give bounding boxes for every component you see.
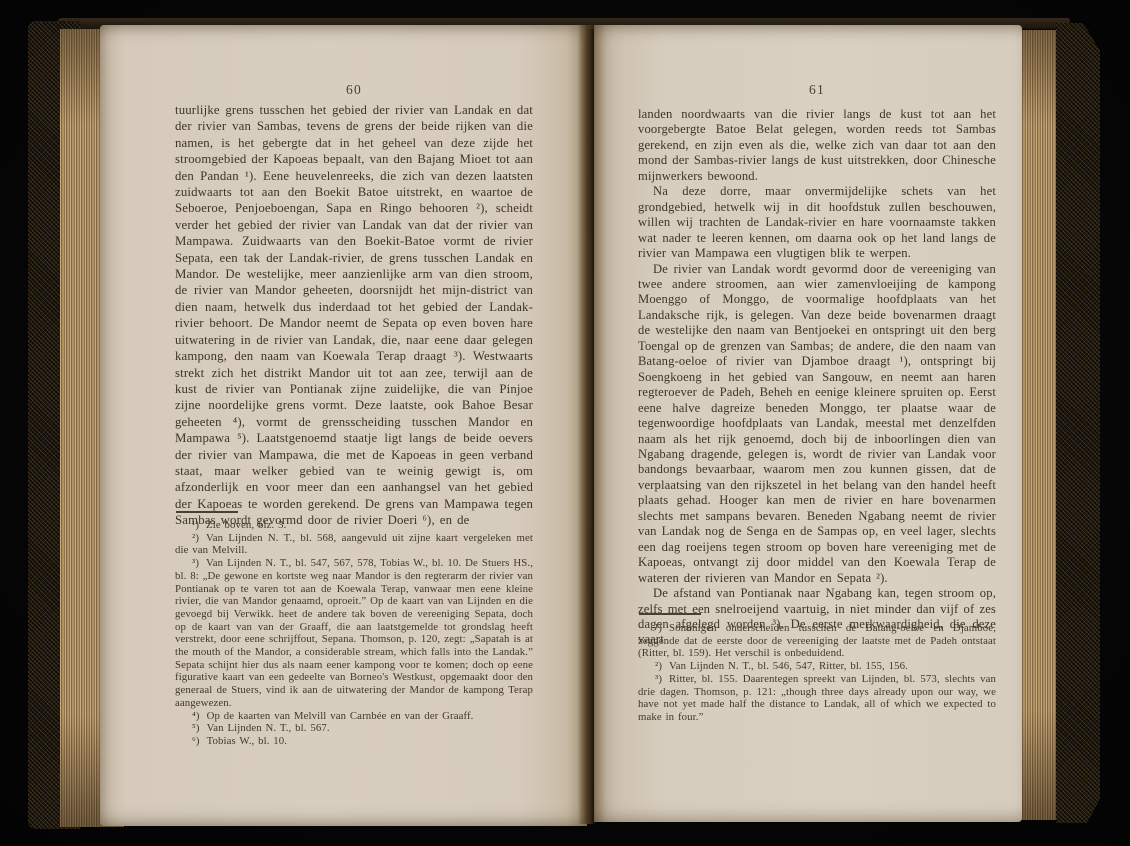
footnote-marker: ²) — [192, 532, 199, 544]
footnote-separator-rule — [639, 613, 701, 615]
page-61: 61 landen noordwaarts van die rivier lan… — [594, 25, 1022, 822]
footnote: ¹)Sommigen onderscheiden tusschen de Bat… — [638, 622, 996, 660]
footnote-text: Van Lijnden N. T., bl. 546, 547, Ritter,… — [669, 660, 908, 672]
footnote-text: Op de kaarten van Melvill van Carnbée en… — [207, 710, 474, 722]
footnote-text: Zie boven, blz. 3. — [206, 519, 286, 531]
footnotes-right: ¹)Sommigen onderscheiden tusschen de Bat… — [638, 622, 996, 724]
footnote: ²)Van Lijnden N. T., bl. 546, 547, Ritte… — [638, 660, 996, 673]
footnote-marker: ²) — [655, 660, 662, 672]
body-text-right: landen noordwaarts van die rivier langs … — [638, 107, 996, 648]
book-cover-edge-right — [1056, 23, 1100, 823]
footnote-marker: ³) — [655, 673, 662, 685]
footnote-marker: ¹) — [192, 519, 199, 531]
page-number-left: 60 — [175, 82, 533, 98]
footnote-text: Ritter, bl. 155. Daarentegen spreekt van… — [638, 673, 996, 723]
footnote-marker: ⁴) — [192, 710, 200, 722]
photo-background: 60 tuurlijke grens tusschen het gebied d… — [0, 0, 1130, 846]
footnote: ³)Van Lijnden N. T., bl. 547, 567, 578, … — [175, 557, 533, 709]
page-60: 60 tuurlijke grens tusschen het gebied d… — [100, 25, 587, 826]
footnotes-left: ¹)Zie boven, blz. 3. ²)Van Lijnden N. T.… — [175, 519, 533, 748]
paragraph: tuurlijke grens tusschen het gebied der … — [175, 102, 533, 529]
footnote-text: Van Lijnden N. T., bl. 567. — [207, 722, 330, 734]
footnote-text: Van Lijnden N. T., bl. 568, aangevuld ui… — [175, 532, 533, 557]
footnote-marker: ⁵) — [192, 722, 200, 734]
footnote-marker: ⁶) — [192, 735, 200, 747]
footnote: ⁵)Van Lijnden N. T., bl. 567. — [175, 722, 533, 735]
footnote-text: Tobias W., bl. 10. — [207, 735, 288, 747]
paragraph: Na deze dorre, maar onvermijdelijke sche… — [638, 184, 996, 261]
paragraph: De rivier van Landak wordt gevormd door … — [638, 262, 996, 587]
footnote-separator-rule — [176, 511, 238, 513]
page-edge-stack-right — [1016, 30, 1062, 820]
page-number-right: 61 — [638, 82, 996, 98]
footnote: ²)Van Lijnden N. T., bl. 568, aangevuld … — [175, 532, 533, 557]
footnote: ⁶)Tobias W., bl. 10. — [175, 735, 533, 748]
body-text-left: tuurlijke grens tusschen het gebied der … — [175, 102, 533, 529]
footnote: ⁴)Op de kaarten van Melvill van Carnbée … — [175, 710, 533, 723]
footnote: ³)Ritter, bl. 155. Daarentegen spreekt v… — [638, 673, 996, 724]
footnote-text: Van Lijnden N. T., bl. 547, 567, 578, To… — [175, 557, 533, 709]
open-book: 60 tuurlijke grens tusschen het gebied d… — [28, 16, 1100, 834]
footnote-marker: ³) — [192, 557, 199, 569]
footnote: ¹)Zie boven, blz. 3. — [175, 519, 533, 532]
footnote-text: Sommigen onderscheiden tusschen de Batan… — [638, 622, 996, 659]
paragraph: landen noordwaarts van die rivier langs … — [638, 107, 996, 184]
footnote-marker: ¹) — [655, 622, 662, 634]
